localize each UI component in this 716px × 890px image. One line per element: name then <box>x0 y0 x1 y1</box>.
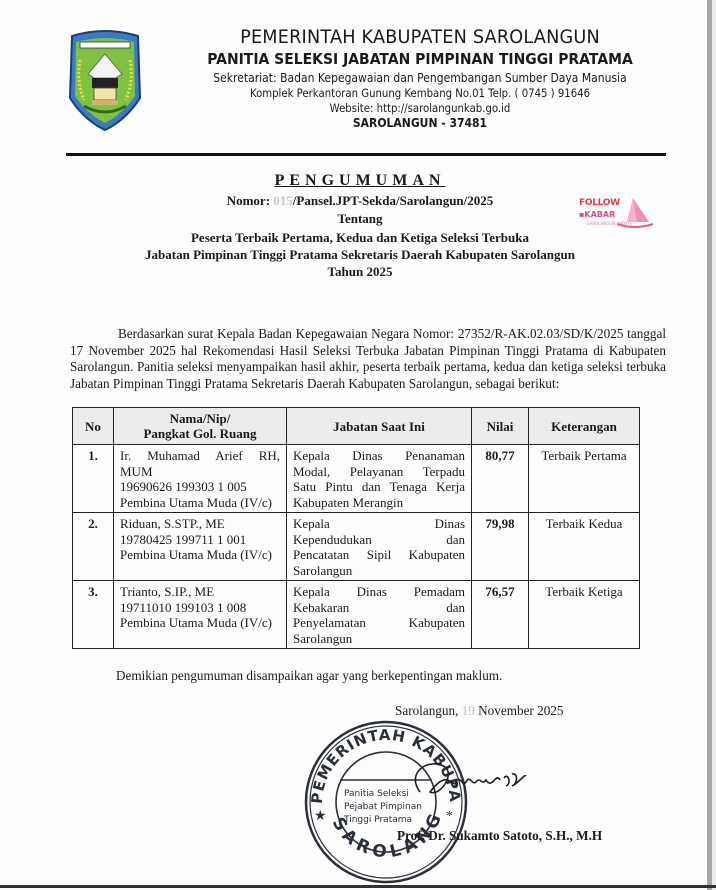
letterhead: PEMERINTAH KABUPATEN SAROLANGUN PANITIA … <box>160 24 680 130</box>
cell-name: Riduan, S.STP., ME19780425 199711 1 001P… <box>114 513 287 581</box>
cell-position: Kepala Dinas PemadamKebakaran danPenyela… <box>287 581 472 649</box>
signature-icon <box>400 752 530 812</box>
committee-name: PANITIA SELEKSI JABATAN PIMPINAN TINGGI … <box>186 50 654 68</box>
cell-no: 2. <box>73 513 114 581</box>
website: Website: http://sarolangunkab.go.id <box>191 101 649 115</box>
cell-no: 1. <box>73 445 114 513</box>
results-table: No Nama/Nip/Pangkat Gol. Ruang Jabatan S… <box>72 407 640 649</box>
announcement-header: PENGUMUMAN Nomor: 015/Pansel.JPT-Sekda/S… <box>80 172 640 280</box>
kabar-watermark: FOLLOW ▪KABAR SAROLANGUN UPDATE <box>575 196 655 238</box>
announcement-number: Nomor: 015/Pansel.JPT-Sekda/Sarolangun/2… <box>80 193 640 209</box>
number-value: 015 <box>273 193 293 208</box>
regency-coat-of-arms-icon <box>66 28 144 132</box>
secretariat: Sekretariat: Badan Kepegawaian dan Penge… <box>186 71 654 85</box>
table-row: 3.Trianto, S.IP., ME19711010 199103 1 00… <box>73 581 640 649</box>
sailboat-icon <box>613 196 655 232</box>
table-row: 2.Riduan, S.STP., ME19780425 199711 1 00… <box>73 513 640 581</box>
body-text: Berdasarkan surat Kepala Badan Kepegawai… <box>70 326 666 391</box>
body-paragraph: Berdasarkan surat Kepala Badan Kepegawai… <box>70 326 666 392</box>
header-remark: Keterangan <box>529 408 640 445</box>
scan-bottom-edge <box>0 885 716 888</box>
cell-remark: Terbaik Ketiga <box>529 581 640 649</box>
cell-name: Trianto, S.IP., ME19711010 199103 1 008P… <box>114 581 287 649</box>
scan-edge <box>712 0 716 890</box>
about-label: Tentang <box>80 211 640 227</box>
subject-line-1: Peserta Terbaik Pertama, Kedua dan Ketig… <box>80 230 640 246</box>
subject-line-3: Tahun 2025 <box>80 264 640 280</box>
address: Komplek Perkantoran Gunung Kembang No.01… <box>191 86 649 100</box>
header-score: Nilai <box>472 408 529 445</box>
header-position: Jabatan Saat Ini <box>287 408 472 445</box>
table-row: 1.Ir. Muhamad Arief RH,MUM19690626 19930… <box>73 445 640 513</box>
cell-remark: Terbaik Pertama <box>529 445 640 513</box>
city-postcode: SAROLANGUN - 37481 <box>186 116 654 130</box>
header-name: Nama/Nip/Pangkat Gol. Ruang <box>114 408 287 445</box>
cell-score: 80,77 <box>472 445 529 513</box>
cell-score: 79,98 <box>472 513 529 581</box>
closing-statement: Demikian pengumuman disampaikan agar yan… <box>116 668 502 684</box>
svg-text:Tinggi Pratama: Tinggi Pratama <box>343 815 412 825</box>
number-suffix: /Pansel.JPT-Sekda/Sarolangun/2025 <box>293 193 493 208</box>
cell-no: 3. <box>73 581 114 649</box>
government-name: PEMERINTAH KABUPATEN SAROLANGUN <box>178 26 662 48</box>
signer-name: Prof. Dr. Sukamto Satoto, S.H., M.H <box>397 828 602 844</box>
subject-line-2: Jabatan Pimpinan Tinggi Pratama Sekretar… <box>80 247 640 263</box>
cell-remark: Terbaik Kedua <box>529 513 640 581</box>
svg-text:★: ★ <box>314 809 327 824</box>
cell-name: Ir. Muhamad Arief RH,MUM19690626 199303 … <box>114 445 287 513</box>
watermark-brand: ▪KABAR <box>579 210 615 219</box>
cell-score: 76,57 <box>472 581 529 649</box>
announcement-title: PENGUMUMAN <box>80 172 640 190</box>
cell-position: Kepala DinasKependudukan danPencatatan S… <box>287 513 472 581</box>
header-no: No <box>73 408 114 445</box>
number-label: Nomor: <box>227 193 274 208</box>
cell-position: Kepala Dinas PenanamanModal, Pelayanan T… <box>287 445 472 513</box>
letterhead-divider <box>66 153 666 156</box>
table-header-row: No Nama/Nip/Pangkat Gol. Ruang Jabatan S… <box>73 408 640 445</box>
